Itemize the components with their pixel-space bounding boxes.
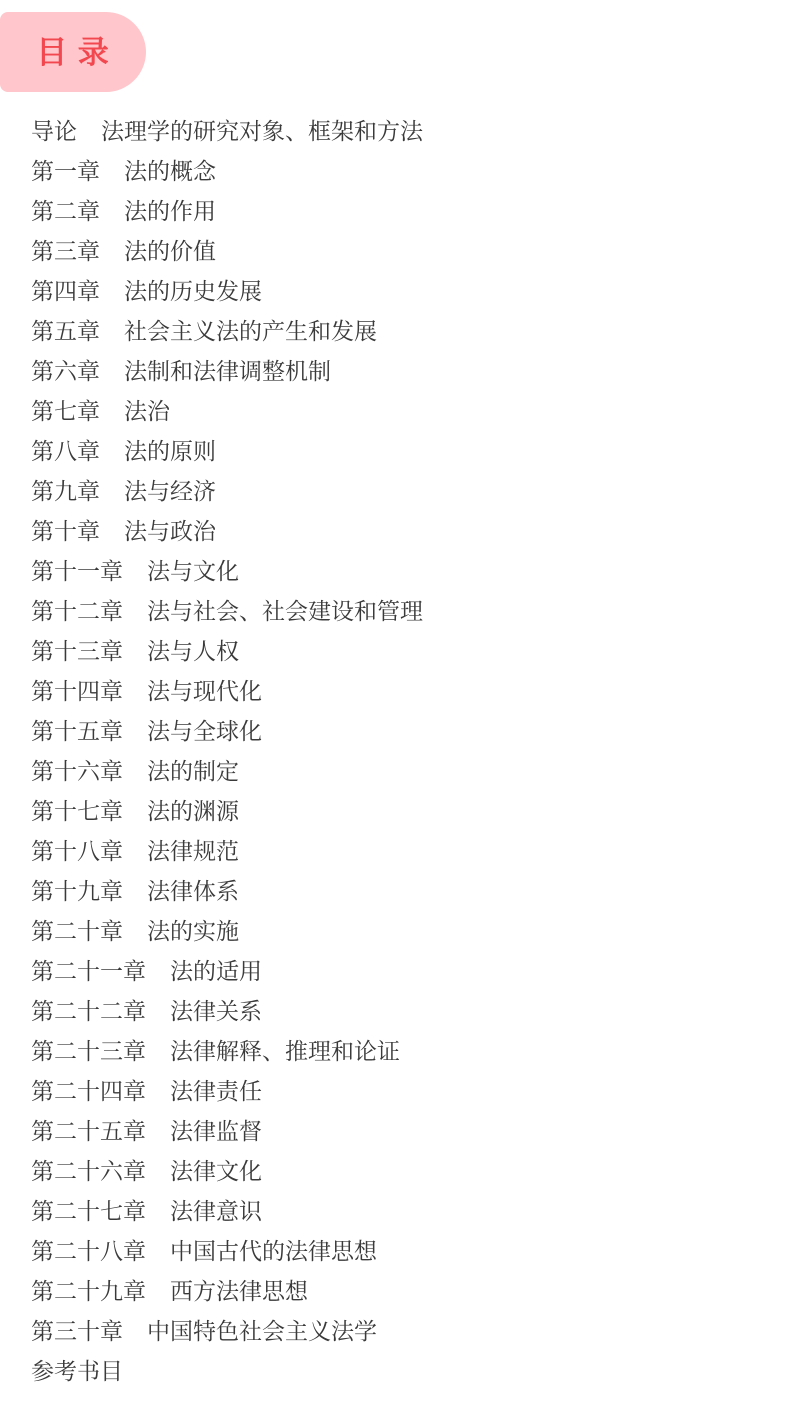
toc-entry: 第十七章法的渊源 xyxy=(31,791,770,831)
toc-entry: 第三章法的价值 xyxy=(31,231,770,271)
toc-entry-label: 第五章 xyxy=(31,311,100,351)
toc-entry: 第十六章法的制定 xyxy=(31,751,770,791)
toc-header-title: 目 录 xyxy=(36,37,110,68)
toc-entry-label: 第三十章 xyxy=(31,1311,123,1351)
toc-header-badge: 目 录 xyxy=(0,12,146,92)
toc-entry: 第十一章法与文化 xyxy=(31,551,770,591)
toc-entry-title: 法理学的研究对象、框架和方法 xyxy=(101,111,423,151)
toc-entry-label: 第二十一章 xyxy=(31,951,146,991)
toc-entry: 第二十九章西方法律思想 xyxy=(31,1271,770,1311)
toc-entry-label: 第二十二章 xyxy=(31,991,146,1031)
toc-entry-title: 法律规范 xyxy=(147,831,239,871)
toc-entry-label: 第七章 xyxy=(31,391,100,431)
toc-entry: 参考书目 xyxy=(31,1351,770,1391)
toc-entry-label: 第八章 xyxy=(31,431,100,471)
toc-entry-title: 法的原则 xyxy=(124,431,216,471)
toc-entry-title: 法的实施 xyxy=(147,911,239,951)
toc-entry-title: 法律解释、推理和论证 xyxy=(170,1031,400,1071)
toc-entry-label: 第十三章 xyxy=(31,631,123,671)
toc-entry-label: 第一章 xyxy=(31,151,100,191)
toc-entry: 第二十三章法律解释、推理和论证 xyxy=(31,1031,770,1071)
toc-entry-label: 第十九章 xyxy=(31,871,123,911)
toc-entry-title: 法与社会、社会建设和管理 xyxy=(147,591,423,631)
toc-entry-title: 法与文化 xyxy=(147,551,239,591)
toc-entry: 第二十一章法的适用 xyxy=(31,951,770,991)
toc-entry: 第六章法制和法律调整机制 xyxy=(31,351,770,391)
toc-entry-title: 法与人权 xyxy=(147,631,239,671)
toc-entry: 第十九章法律体系 xyxy=(31,871,770,911)
toc-entry-title: 法治 xyxy=(124,391,170,431)
toc-entry-title: 法的概念 xyxy=(124,151,216,191)
toc-entry: 第五章社会主义法的产生和发展 xyxy=(31,311,770,351)
toc-entry-title: 法的历史发展 xyxy=(124,271,262,311)
toc-entry-label: 第二十六章 xyxy=(31,1151,146,1191)
toc-entry: 第二十八章中国古代的法律思想 xyxy=(31,1231,770,1271)
toc-entry-label: 第十章 xyxy=(31,511,100,551)
toc-entry-title: 社会主义法的产生和发展 xyxy=(124,311,377,351)
toc-entry-label: 第二十章 xyxy=(31,911,123,951)
toc-entry-label: 第二十三章 xyxy=(31,1031,146,1071)
toc-entry-label: 第十二章 xyxy=(31,591,123,631)
toc-entry-title: 法的适用 xyxy=(170,951,262,991)
toc-entry: 第十五章法与全球化 xyxy=(31,711,770,751)
toc-entry-label: 第十四章 xyxy=(31,671,123,711)
toc-entry-label: 第二章 xyxy=(31,191,100,231)
toc-entry: 第二十二章法律关系 xyxy=(31,991,770,1031)
toc-entry-label: 参考书目 xyxy=(31,1351,123,1391)
toc-entry-title: 法的价值 xyxy=(124,231,216,271)
toc-entry: 第四章法的历史发展 xyxy=(31,271,770,311)
toc-entry: 第一章法的概念 xyxy=(31,151,770,191)
toc-entry-label: 导论 xyxy=(31,111,77,151)
toc-entry: 第十三章法与人权 xyxy=(31,631,770,671)
toc-entry-title: 法的渊源 xyxy=(147,791,239,831)
toc-entry-label: 第四章 xyxy=(31,271,100,311)
toc-entry: 第九章法与经济 xyxy=(31,471,770,511)
toc-entry-title: 西方法律思想 xyxy=(170,1271,308,1311)
toc-entry-title: 法律责任 xyxy=(170,1071,262,1111)
toc-entry-label: 第二十九章 xyxy=(31,1271,146,1311)
toc-entry-label: 第六章 xyxy=(31,351,100,391)
toc-entry-title: 法律体系 xyxy=(147,871,239,911)
toc-entry-title: 法与政治 xyxy=(124,511,216,551)
toc-entry: 第二章法的作用 xyxy=(31,191,770,231)
toc-entry-label: 第二十八章 xyxy=(31,1231,146,1271)
toc-entry: 第二十章法的实施 xyxy=(31,911,770,951)
toc-entry-title: 法律监督 xyxy=(170,1111,262,1151)
toc-entry: 第十八章法律规范 xyxy=(31,831,770,871)
toc-entry-title: 中国特色社会主义法学 xyxy=(147,1311,377,1351)
toc-entry-label: 第十一章 xyxy=(31,551,123,591)
toc-entry-title: 法制和法律调整机制 xyxy=(124,351,331,391)
toc-entry-title: 法与现代化 xyxy=(147,671,262,711)
toc-entry: 第三十章中国特色社会主义法学 xyxy=(31,1311,770,1351)
toc-entry-title: 法的作用 xyxy=(124,191,216,231)
toc-entry: 第十二章法与社会、社会建设和管理 xyxy=(31,591,770,631)
toc-entry: 第七章法治 xyxy=(31,391,770,431)
toc-entry-label: 第九章 xyxy=(31,471,100,511)
toc-entry: 导论法理学的研究对象、框架和方法 xyxy=(31,111,770,151)
toc-entry-label: 第二十四章 xyxy=(31,1071,146,1111)
toc-entry-label: 第十六章 xyxy=(31,751,123,791)
toc-entry-title: 法律意识 xyxy=(170,1191,262,1231)
toc-entry: 第二十七章法律意识 xyxy=(31,1191,770,1231)
toc-entry-label: 第十八章 xyxy=(31,831,123,871)
toc-entry-title: 法律文化 xyxy=(170,1151,262,1191)
toc-entry-label: 第十五章 xyxy=(31,711,123,751)
toc-list: 导论法理学的研究对象、框架和方法第一章法的概念第二章法的作用第三章法的价值第四章… xyxy=(31,111,770,1391)
toc-entry-title: 法律关系 xyxy=(170,991,262,1031)
toc-entry-label: 第二十七章 xyxy=(31,1191,146,1231)
toc-page: 目 录 导论法理学的研究对象、框架和方法第一章法的概念第二章法的作用第三章法的价… xyxy=(0,0,790,1412)
toc-entry-title: 法与全球化 xyxy=(147,711,262,751)
toc-entry: 第二十四章法律责任 xyxy=(31,1071,770,1111)
toc-entry: 第八章法的原则 xyxy=(31,431,770,471)
toc-entry: 第十章法与政治 xyxy=(31,511,770,551)
toc-entry-title: 法与经济 xyxy=(124,471,216,511)
toc-entry: 第十四章法与现代化 xyxy=(31,671,770,711)
toc-entry-label: 第三章 xyxy=(31,231,100,271)
toc-entry: 第二十五章法律监督 xyxy=(31,1111,770,1151)
toc-entry-title: 中国古代的法律思想 xyxy=(170,1231,377,1271)
toc-entry-title: 法的制定 xyxy=(147,751,239,791)
toc-entry-label: 第十七章 xyxy=(31,791,123,831)
toc-entry-label: 第二十五章 xyxy=(31,1111,146,1151)
toc-entry: 第二十六章法律文化 xyxy=(31,1151,770,1191)
